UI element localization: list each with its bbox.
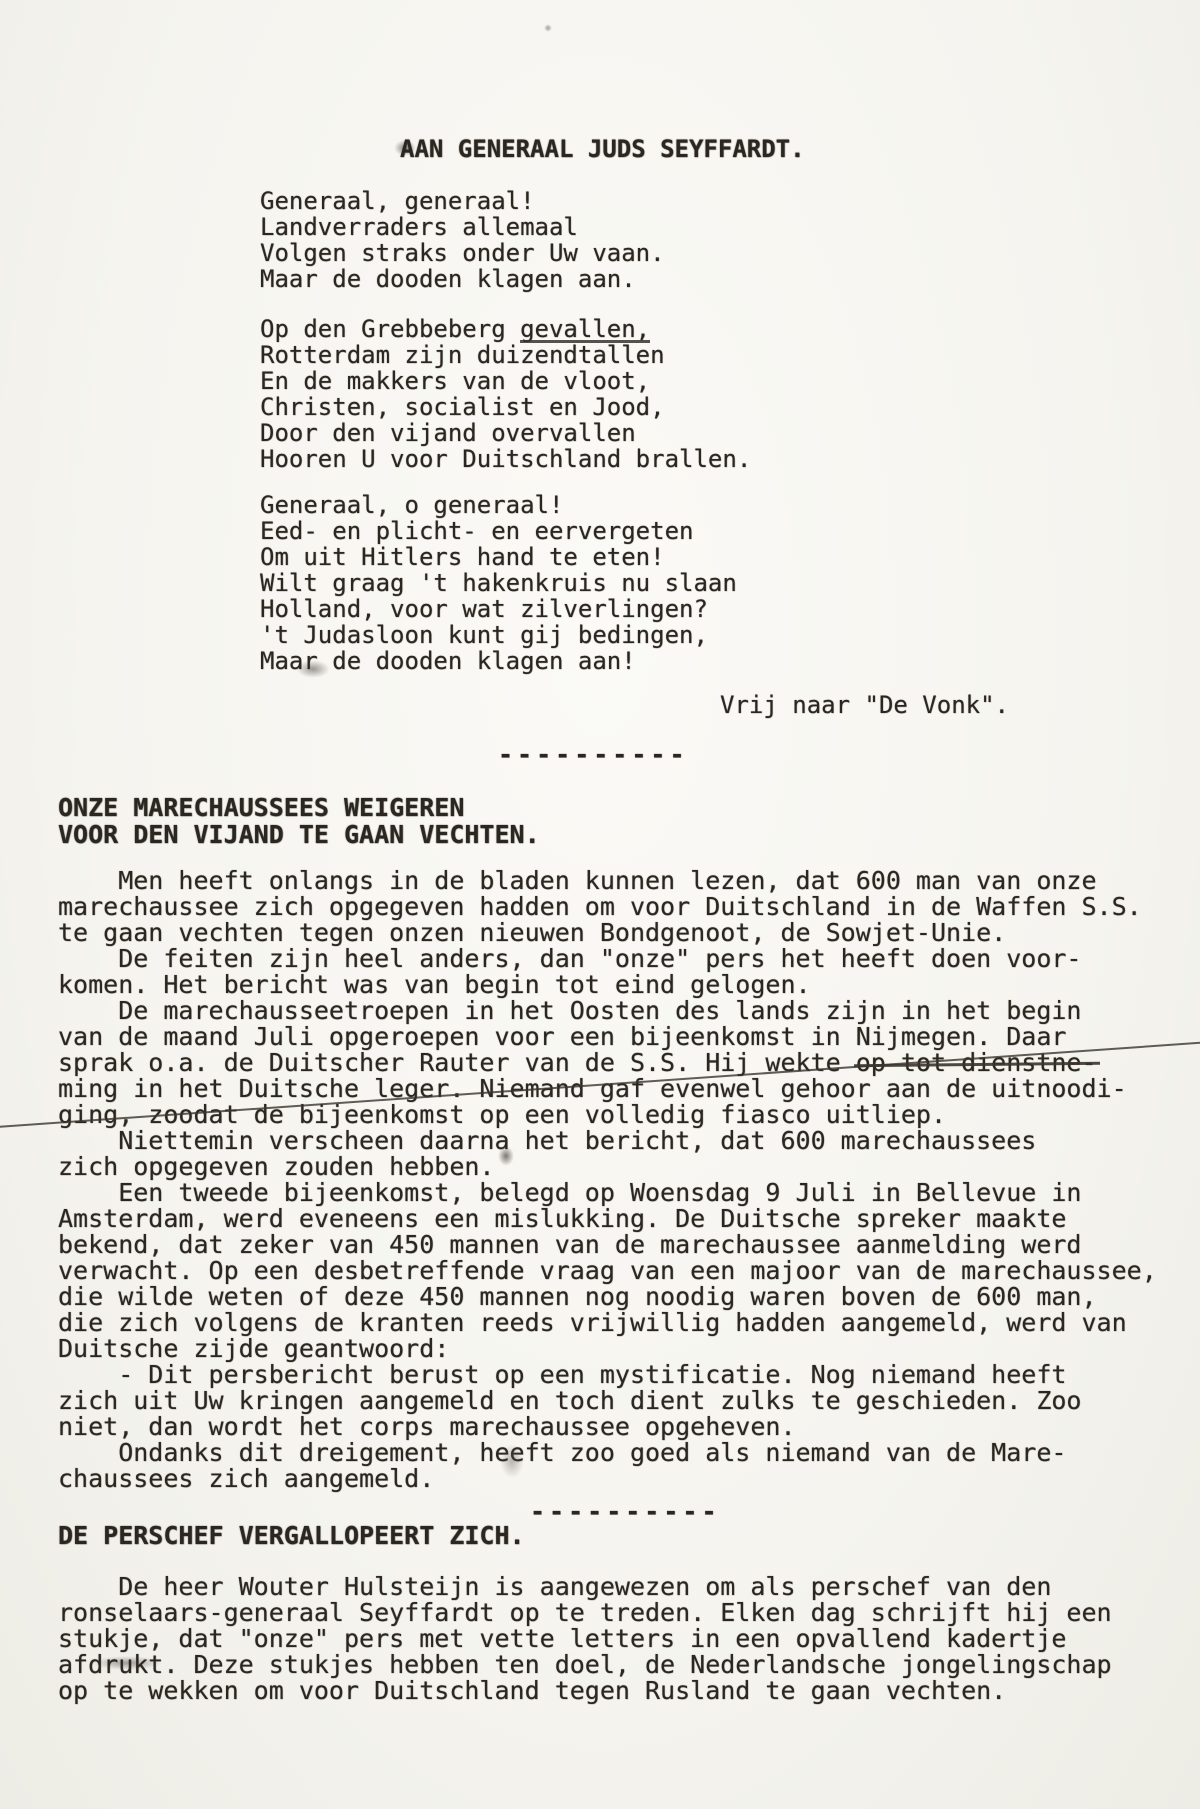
separator-dashes-2: ---------- (530, 1497, 721, 1526)
poem-stanza-2: Op den Grebbeberg gevallen, Rotterdam zi… (260, 316, 751, 472)
article2-paragraph-1: De heer Wouter Hulsteijn is aangewezen o… (58, 1574, 1112, 1704)
article1-paragraph-2: De feiten zijn heel anders, dan "onze" p… (58, 946, 1082, 998)
separator-dashes-1: ---------- (498, 740, 689, 769)
poem-attribution: Vrij naar "De Vonk". (720, 692, 1009, 718)
poem-title: AAN GENERAAL JUDS SEYFFARDT. (400, 136, 805, 162)
article1-headline: ONZE MARECHAUSSEES WEIGEREN VOOR DEN VIJ… (58, 794, 540, 848)
article1-paragraph-1: Men heeft onlangs in de bladen kunnen le… (58, 868, 1142, 946)
article1-paragraph-4: Niettemin verscheen daarna het bericht, … (58, 1128, 1036, 1180)
article1-paragraph-5: Een tweede bijeenkomst, belegd op Woensd… (58, 1180, 1157, 1362)
underline-gevallen (520, 340, 650, 343)
poem-stanza-3: Generaal, o generaal! Eed- en plicht- en… (260, 492, 737, 674)
poem-stanza-1: Generaal, generaal! Landverraders allema… (260, 188, 665, 292)
article2-headline: DE PERSCHEF VERGALLOPEERT ZICH. (58, 1522, 525, 1549)
article1-paragraph-6: - Dit persbericht berust op een mystific… (58, 1362, 1082, 1440)
ink-smudge (544, 24, 552, 32)
article1-paragraph-7: Ondanks dit dreigement, heeft zoo goed a… (58, 1440, 1066, 1492)
typewritten-document-page: AAN GENERAAL JUDS SEYFFARDT. Generaal, g… (0, 0, 1200, 1809)
